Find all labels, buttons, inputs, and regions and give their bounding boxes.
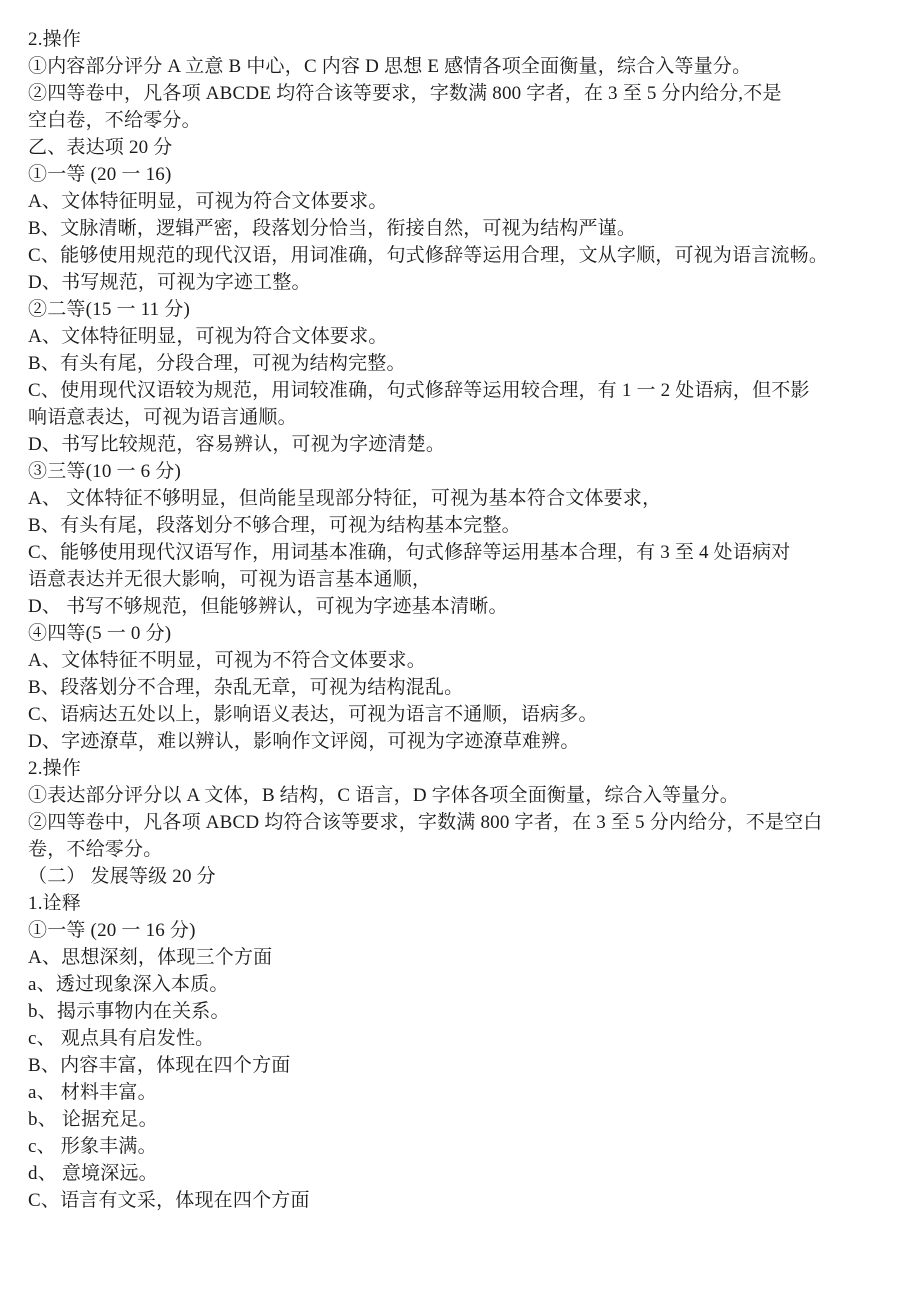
text-line: （二） 发展等级 20 分: [28, 863, 880, 890]
text-line: C、能够使用现代汉语写作，用词基本准确，句式修辞等运用基本合理，有 3 至 4 …: [28, 539, 880, 566]
text-line: ②二等(15 一 11 分): [28, 296, 880, 323]
text-line: b、 论据充足。: [28, 1106, 880, 1133]
text-line: a、透过现象深入本质。: [28, 971, 880, 998]
text-line: 2.操作: [28, 26, 880, 53]
text-line: C、使用现代汉语较为规范，用词较准确，句式修辞等运用较合理，有 1 一 2 处语…: [28, 377, 880, 404]
text-line: ③三等(10 一 6 分): [28, 458, 880, 485]
text-line: A、思想深刻，体现三个方面: [28, 944, 880, 971]
text-line: 空白卷，不给零分。: [28, 107, 880, 134]
text-line: A、文体特征明显，可视为符合文体要求。: [28, 188, 880, 215]
text-line: b、揭示事物内在关系。: [28, 998, 880, 1025]
text-line: ④四等(5 一 0 分): [28, 620, 880, 647]
text-line: B、段落划分不合理，杂乱无章，可视为结构混乱。: [28, 674, 880, 701]
text-line: ①一等 (20 一 16): [28, 161, 880, 188]
text-line: C、语言有文采，体现在四个方面: [28, 1187, 880, 1214]
text-line: a、 材料丰富。: [28, 1079, 880, 1106]
text-line: 1.诠释: [28, 890, 880, 917]
text-line: B、有头有尾，分段合理，可视为结构完整。: [28, 350, 880, 377]
text-line: D、书写规范，可视为字迹工整。: [28, 269, 880, 296]
text-line: 卷，不给零分。: [28, 836, 880, 863]
text-line: d、 意境深远。: [28, 1160, 880, 1187]
text-line: ①表达部分评分以 A 文体，B 结构，C 语言，D 字体各项全面衡量，综合入等量…: [28, 782, 880, 809]
document-text-block: 2.操作①内容部分评分 A 立意 B 中心，C 内容 D 思想 E 感情各项全面…: [28, 26, 880, 1214]
text-line: A、文体特征明显，可视为符合文体要求。: [28, 323, 880, 350]
text-line: ①内容部分评分 A 立意 B 中心，C 内容 D 思想 E 感情各项全面衡量，综…: [28, 53, 880, 80]
text-line: A、 文体特征不够明显，但尚能呈现部分特征，可视为基本符合文体要求，: [28, 485, 880, 512]
text-line: c、 观点具有启发性。: [28, 1025, 880, 1052]
text-line: ②四等卷中，凡各项 ABCDE 均符合该等要求，字数满 800 字者，在 3 至…: [28, 80, 880, 107]
text-line: D、 书写不够规范，但能够辨认，可视为字迹基本清晰。: [28, 593, 880, 620]
text-line: 乙、表达项 20 分: [28, 134, 880, 161]
text-line: B、内容丰富，体现在四个方面: [28, 1052, 880, 1079]
text-line: C、语病达五处以上，影响语义表达，可视为语言不通顺，语病多。: [28, 701, 880, 728]
text-line: B、有头有尾，段落划分不够合理，可视为结构基本完整。: [28, 512, 880, 539]
text-line: A、文体特征不明显，可视为不符合文体要求。: [28, 647, 880, 674]
text-line: 响语意表达，可视为语言通顺。: [28, 404, 880, 431]
text-line: 2.操作: [28, 755, 880, 782]
document-page: 2.操作①内容部分评分 A 立意 B 中心，C 内容 D 思想 E 感情各项全面…: [0, 0, 900, 1298]
text-line: D、字迹潦草，难以辨认，影响作文评阅，可视为字迹潦草难辨。: [28, 728, 880, 755]
text-line: D、书写比较规范，容易辨认，可视为字迹清楚。: [28, 431, 880, 458]
text-line: 语意表达并无很大影响，可视为语言基本通顺，: [28, 566, 880, 593]
text-line: c、 形象丰满。: [28, 1133, 880, 1160]
text-line: ①一等 (20 一 16 分): [28, 917, 880, 944]
text-line: B、文脉清晰，逻辑严密，段落划分恰当，衔接自然，可视为结构严谨。: [28, 215, 880, 242]
text-line: C、能够使用规范的现代汉语，用词准确，句式修辞等运用合理，文从字顺，可视为语言流…: [28, 242, 880, 269]
text-line: ②四等卷中，凡各项 ABCD 均符合该等要求，字数满 800 字者，在 3 至 …: [28, 809, 880, 836]
